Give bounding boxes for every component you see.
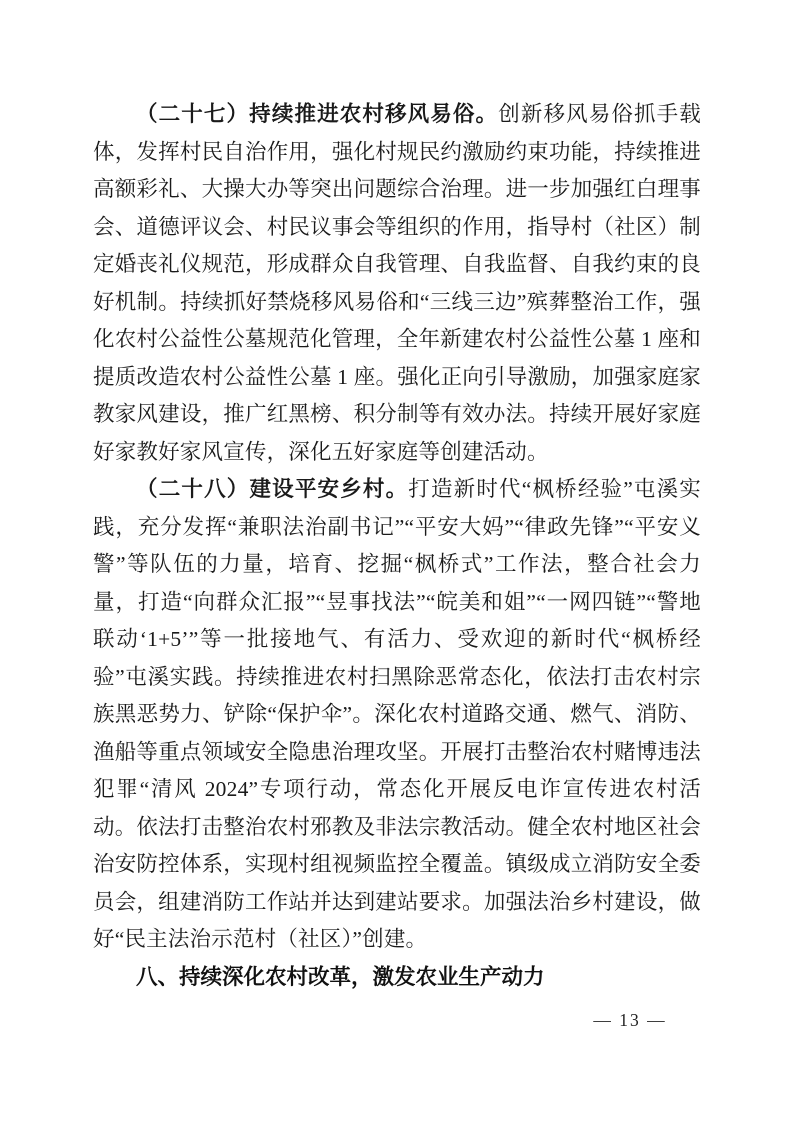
paragraph-28-lead: （二十八）建设平安乡村。 [136,477,408,501]
section-heading: 八、持续深化农村改革，激发农业生产动力 [93,959,701,997]
paragraph-28: （二十八）建设平安乡村。打造新时代“枫桥经验”屯溪实践，充分发挥“兼职法治副书记… [93,471,701,959]
paragraph-27-lead: （二十七）持续推进农村移风易俗。 [136,102,498,126]
paragraph-28-text: 打造新时代“枫桥经验”屯溪实践，充分发挥“兼职法治副书记”“平安大妈”“律政先锋… [93,477,701,951]
document-body: （二十七）持续推进农村移风易俗。创新移风易俗抓手载体，发挥村民自治作用，强化村规… [93,96,701,996]
page-number: — 13 — [550,1010,710,1031]
paragraph-27-text: 创新移风易俗抓手载体，发挥村民自治作用，强化村规民约激励约束功能，持续推进高额彩… [93,102,701,464]
paragraph-27: （二十七）持续推进农村移风易俗。创新移风易俗抓手载体，发挥村民自治作用，强化村规… [93,96,701,471]
document-page: （二十七）持续推进农村移风易俗。创新移风易俗抓手载体，发挥村民自治作用，强化村规… [0,0,794,1123]
